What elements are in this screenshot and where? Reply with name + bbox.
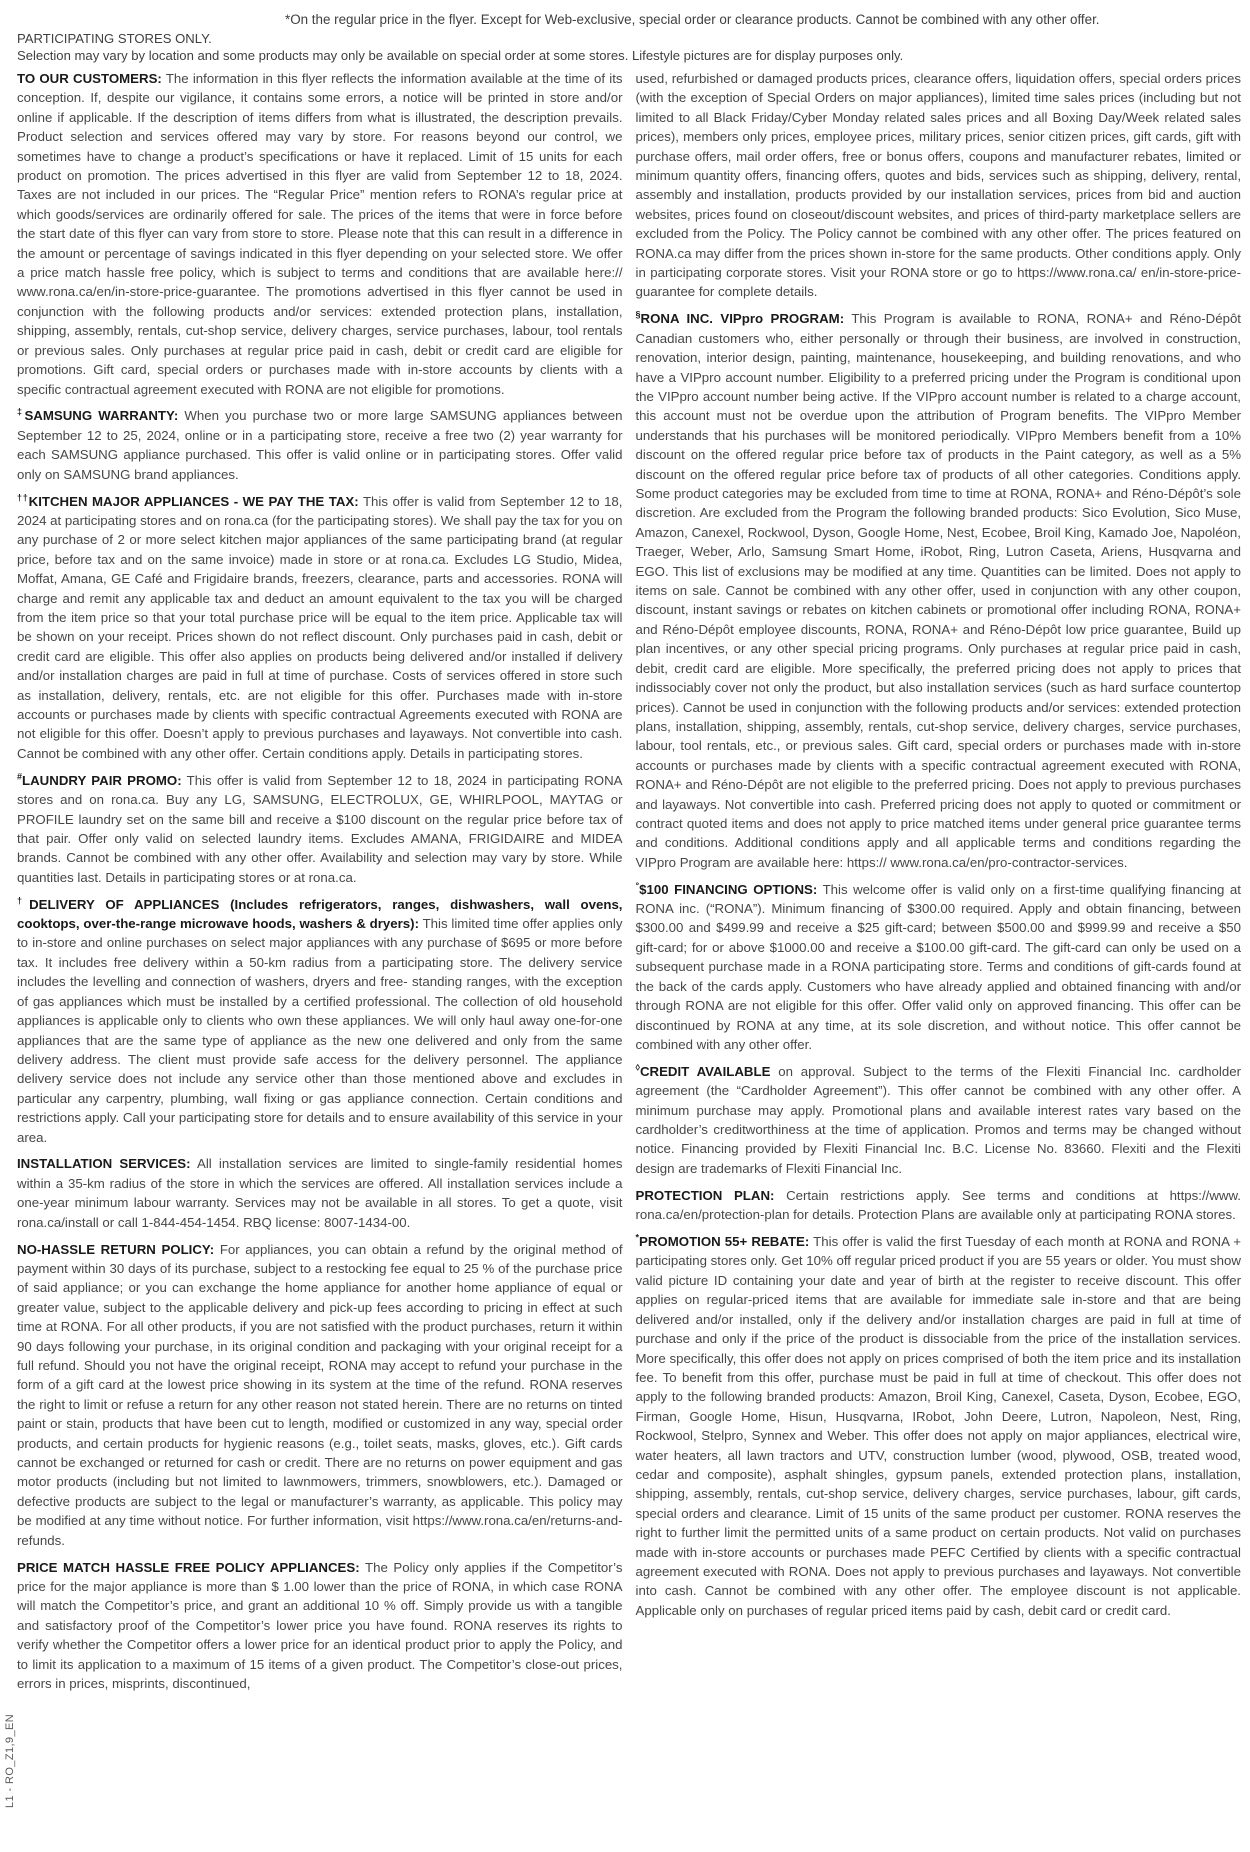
section-heading: PROTECTION PLAN:	[636, 1188, 775, 1203]
section-heading: PROMOTION 55+ REBATE:	[639, 1234, 809, 1249]
section-body: used, refurbished or damaged products pr…	[636, 71, 1242, 299]
footnote-marker: ††	[17, 492, 29, 502]
flyer-legal-page: { "colors": { "background": "#ffffff", "…	[0, 0, 1250, 1852]
section-promotion-55-rebate: *PROMOTION 55+ REBATE: This offer is val…	[636, 1232, 1242, 1620]
section-installation-services: INSTALLATION SERVICES: All installation …	[17, 1154, 623, 1232]
section-kitchen-major-appliances: ††KITCHEN MAJOR APPLIANCES - WE PAY THE …	[17, 492, 623, 764]
right-column: used, refurbished or damaged products pr…	[636, 69, 1242, 1701]
section-vippro-program: §RONA INC. VIPpro PROGRAM: This Program …	[636, 309, 1242, 872]
section-no-hassle-return-policy: NO-HASSLE RETURN POLICY: For appliances,…	[17, 1240, 623, 1551]
section-body: on approval. Subject to the terms of the…	[636, 1064, 1242, 1176]
section-body: This offer is valid the first Tuesday of…	[636, 1234, 1242, 1618]
section-heading: RONA INC. VIPpro PROGRAM:	[641, 311, 845, 326]
section-heading: TO OUR CUSTOMERS:	[17, 71, 162, 86]
section-body: This limited time offer applies only to …	[17, 916, 623, 1144]
section-delivery-of-appliances: †DELIVERY OF APPLIANCES (Includes refrig…	[17, 895, 623, 1147]
section-heading: INSTALLATION SERVICES:	[17, 1156, 191, 1171]
section-body: This offer is valid from September 12 to…	[17, 773, 623, 885]
section-body: This offer is valid from September 12 to…	[17, 494, 623, 761]
section-heading: LAUNDRY PAIR PROMO:	[22, 773, 182, 788]
section-body: The information in this flyer reflects t…	[17, 71, 623, 397]
selection-note: Selection may vary by location and some …	[17, 48, 1240, 65]
asterisk-note: *On the regular price in the flyer. Exce…	[0, 0, 1250, 28]
section-heading: PRICE MATCH HASSLE FREE POLICY APPLIANCE…	[17, 1560, 360, 1575]
print-code: L1 - RO_Z1,9_EN	[4, 1714, 16, 1808]
section-heading: SAMSUNG WARRANTY:	[24, 408, 178, 423]
section-body: The Policy only applies if the Competito…	[17, 1560, 623, 1691]
section-heading: KITCHEN MAJOR APPLIANCES - WE PAY THE TA…	[29, 494, 359, 509]
section-protection-plan: PROTECTION PLAN: Certain restrictions ap…	[636, 1186, 1242, 1225]
left-column: TO OUR CUSTOMERS: The information in thi…	[17, 69, 623, 1701]
section-heading: NO-HASSLE RETURN POLICY:	[17, 1242, 214, 1257]
section-laundry-pair-promo: #LAUNDRY PAIR PROMO: This offer is valid…	[17, 771, 623, 887]
section-credit-available: ◊CREDIT AVAILABLE on approval. Subject t…	[636, 1062, 1242, 1178]
footnote-marker: †	[17, 895, 29, 905]
section-body: This Program is available to RONA, RONA+…	[636, 311, 1242, 869]
section-body: This welcome offer is valid only on a fi…	[636, 882, 1242, 1052]
section-heading: CREDIT AVAILABLE	[640, 1064, 770, 1079]
section-body: For appliances, you can obtain a refund …	[17, 1242, 623, 1548]
pre-notes: PARTICIPATING STORES ONLY. Selection may…	[0, 28, 1250, 64]
section-heading: $100 FINANCING OPTIONS:	[639, 882, 817, 897]
two-column-body: TO OUR CUSTOMERS: The information in thi…	[0, 64, 1250, 1701]
section-samsung-warranty: ‡SAMSUNG WARRANTY: When you purchase two…	[17, 406, 623, 484]
section-100-financing-options: °$100 FINANCING OPTIONS: This welcome of…	[636, 880, 1242, 1055]
section-price-match-policy: PRICE MATCH HASSLE FREE POLICY APPLIANCE…	[17, 1558, 623, 1694]
section-to-our-customers: TO OUR CUSTOMERS: The information in thi…	[17, 69, 623, 399]
section-price-match-continuation: used, refurbished or damaged products pr…	[636, 69, 1242, 302]
participating-stores-note: PARTICIPATING STORES ONLY.	[17, 31, 1240, 48]
